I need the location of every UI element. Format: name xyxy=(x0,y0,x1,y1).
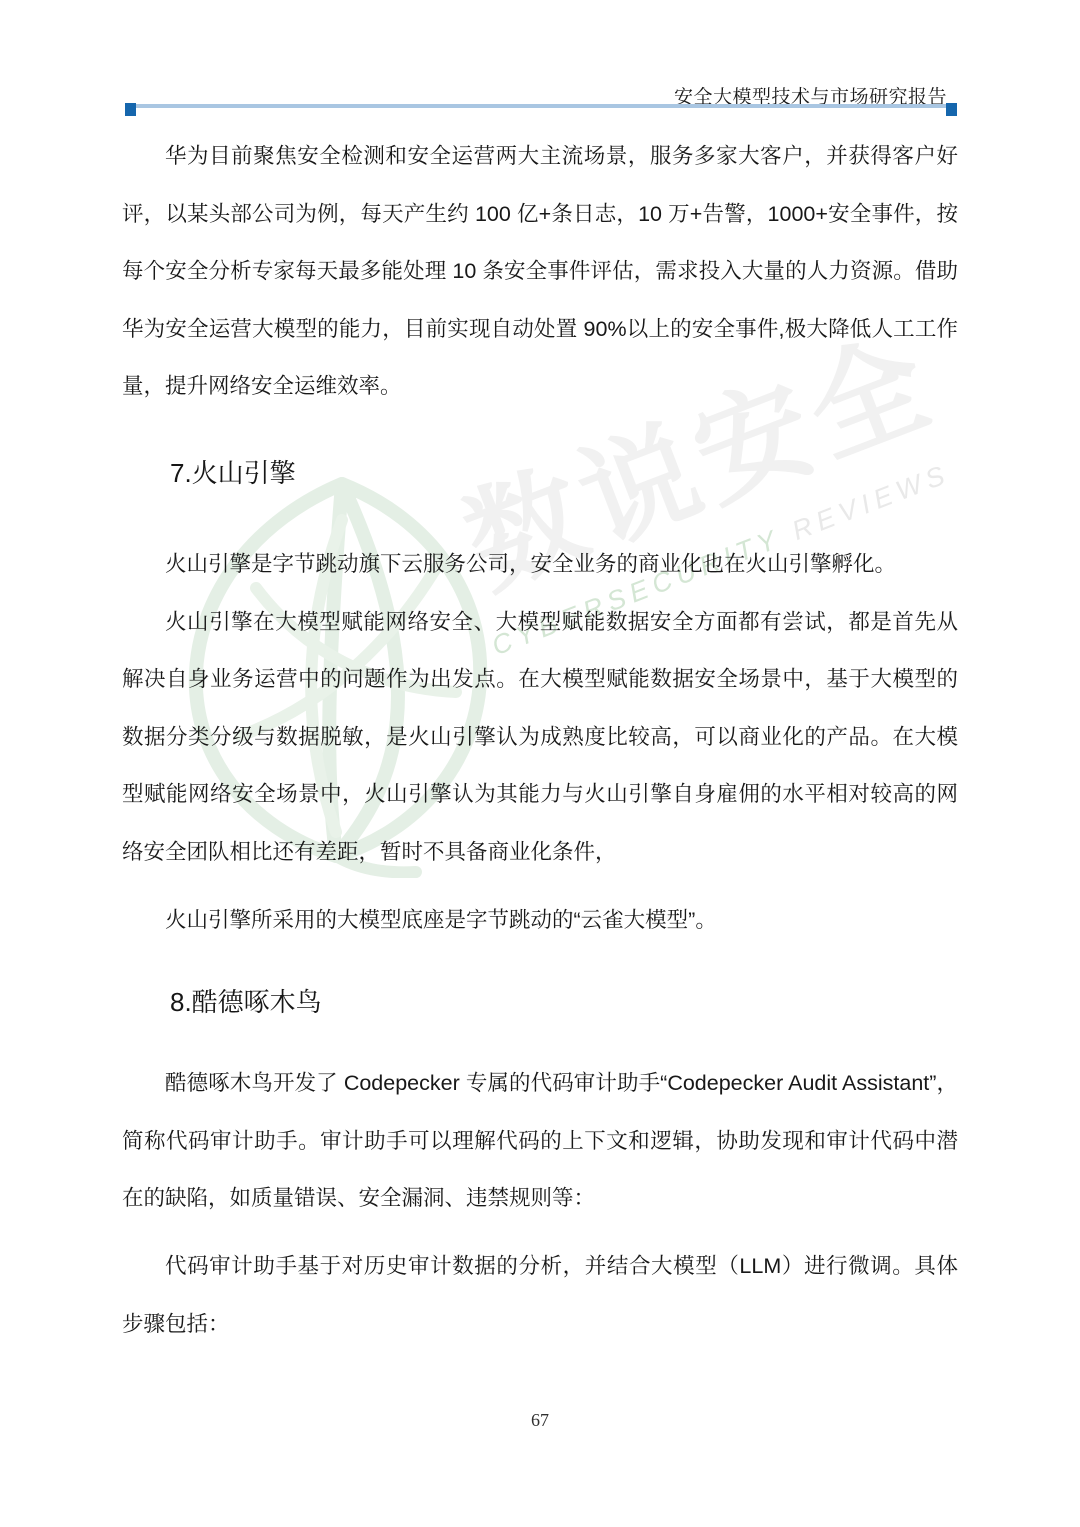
paragraph-huawei: 华为目前聚焦安全检测和安全运营两大主流场景，服务多家大客户，并获得客户好评，以某… xyxy=(122,128,958,416)
report-page: 数说安全 CYBERSECURITYREVIEWS 安全大模型技术与市场研究报告… xyxy=(0,0,1080,1527)
paragraph-volcano-2: 火山引擎在大模型赋能网络安全、大模型赋能数据安全方面都有尝试，都是首先从解决自身… xyxy=(122,594,958,882)
paragraph-volcano-3: 火山引擎所采用的大模型底座是字节跳动的“云雀大模型”。 xyxy=(122,892,958,950)
document-body: 华为目前聚焦安全检测和安全运营两大主流场景，服务多家大客户，并获得客户好评，以某… xyxy=(122,128,958,1353)
section-heading-codepecker: 8.酷德啄木鸟 xyxy=(170,983,958,1021)
header-rule-square-right xyxy=(946,103,957,116)
section-heading-volcano-engine: 7.火山引擎 xyxy=(170,454,958,492)
paragraph-volcano-1: 火山引擎是字节跳动旗下云服务公司，安全业务的商业化也在火山引擎孵化。 xyxy=(122,536,958,594)
paragraph-codepecker-1: 酷德啄木鸟开发了 Codepecker 专属的代码审计助手“Codepecker… xyxy=(122,1055,958,1228)
paragraph-codepecker-2: 代码审计助手基于对历史审计数据的分析，并结合大模型（LLM）进行微调。具体步骤包… xyxy=(122,1238,958,1353)
header-rule-line xyxy=(129,104,953,108)
header-rule xyxy=(125,103,957,116)
header-rule-square-left xyxy=(125,103,136,116)
page-number: 67 xyxy=(0,1410,1080,1431)
